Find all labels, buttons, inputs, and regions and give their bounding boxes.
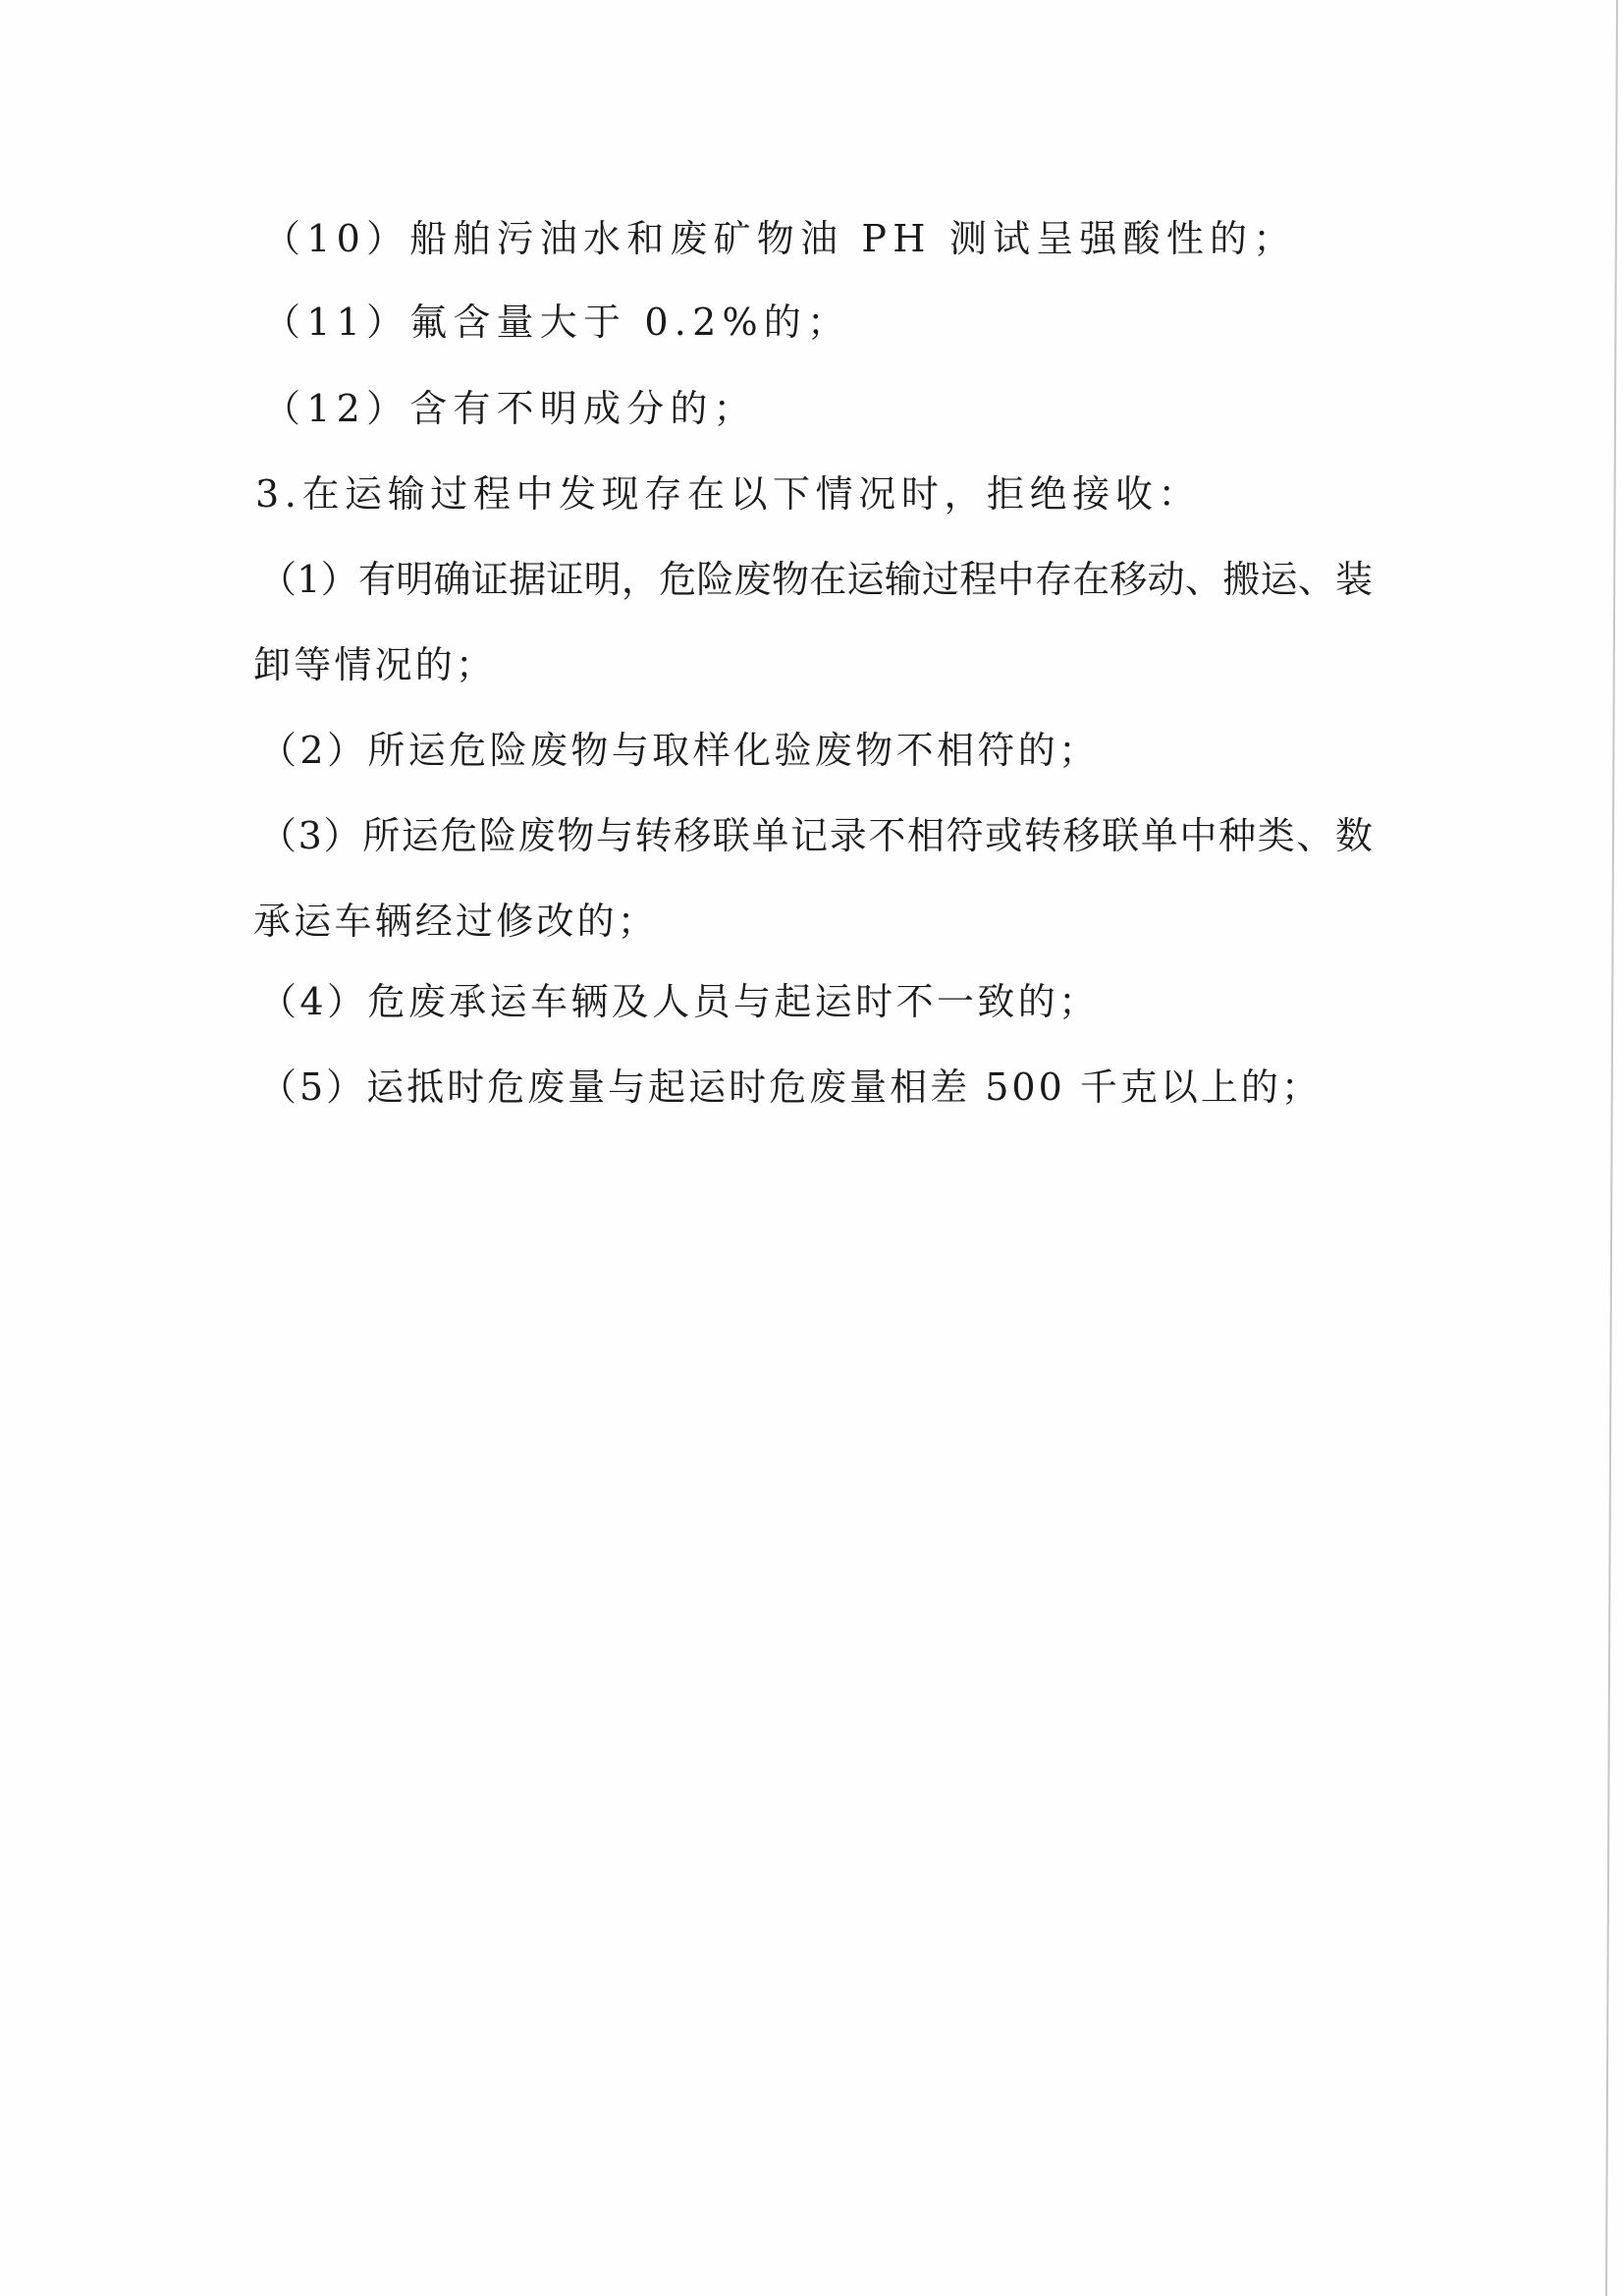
list-item-11: （11）氟含量大于 0.2%的；: [263, 301, 850, 344]
document-page: （10）船舶污油水和废矿物油 PH 测试呈强酸性的； （11）氟含量大于 0.2…: [0, 0, 1623, 2296]
list-item-sub-3-continuation: 承运车辆经过修改的；: [253, 900, 658, 943]
list-item-sub-3: （3）所运危险废物与转移联单记录不相符或转移联单中种类、数量、: [259, 814, 1373, 857]
list-item-12: （12）含有不明成分的；: [263, 387, 757, 430]
scan-edge-line: [1605, 0, 1618, 2296]
list-item-sub-5: （5）运抵时危废量与起运时危废量相差 500 千克以上的；: [259, 1066, 1322, 1109]
list-item-sub-2: （2）所运危险废物与取样化验废物不相符的；: [259, 729, 1100, 772]
list-item-sub-1-continuation: 卸等情况的；: [253, 643, 496, 686]
section-3-heading: 3.在运输过程中发现存在以下情况时，拒绝接收：: [255, 472, 1201, 516]
list-item-sub-1: （1）有明确证据证明，危险废物在运输过程中存在移动、搬运、装: [259, 558, 1373, 601]
list-item-sub-4: （4）危废承运车辆及人员与起运时不一致的；: [259, 980, 1100, 1023]
list-item-10: （10）船舶污油水和废矿物油 PH 测试呈强酸性的；: [263, 217, 1296, 260]
